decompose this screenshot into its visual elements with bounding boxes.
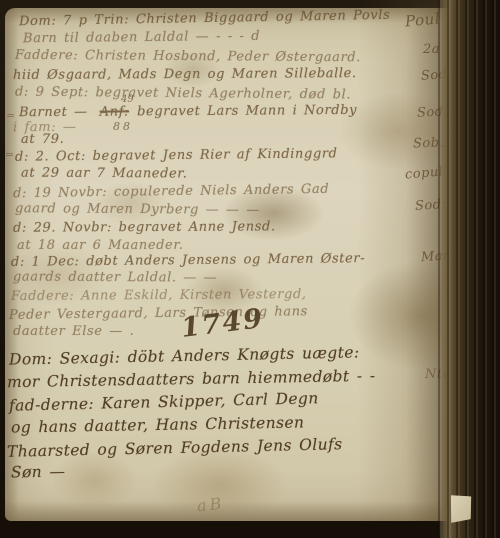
struck-text: Anf: (96, 104, 133, 119)
interlinear-number: 88 (113, 120, 133, 133)
manuscript-line: daatter Else — . (13, 325, 134, 338)
manuscript-line: at 18 aar 6 Maaneder. (17, 239, 183, 252)
manuscript-line: d: 2. Oct: begravet Jens Rier af Kinding… (15, 147, 338, 163)
manuscript-line: gaard og Maren Dyrberg — — — (15, 202, 260, 217)
ink-mark: aB (196, 494, 225, 516)
manuscript-page: Dom: 7 p Trin: Christen Biggaard og Mare… (5, 8, 452, 521)
manuscript-line: d: 9 Sept: begravet Niels Agerholner, dø… (15, 86, 351, 102)
manuscript-line: Faddere: Anne Eskild, Kirsten Vestergd, (11, 288, 307, 303)
manuscript-line: at 79. (21, 133, 64, 146)
manuscript-line: Søn — (11, 465, 66, 481)
line-text: begravet Lars Mann i Nordby (133, 103, 357, 120)
manuscript-line: Thaarsted og Søren Fogdens Jens Olufs (7, 437, 343, 460)
register-page-photo: Dom: 7 p Trin: Christen Biggaard og Mare… (0, 0, 500, 538)
line-text: Barnet — (19, 105, 96, 121)
manuscript-line: gaards daatter Laldal. — — (13, 270, 217, 284)
interlinear-number: 49 (121, 94, 134, 105)
manuscript-line: mor Christensdaatters barn hiemmedøbt - … (7, 369, 376, 391)
manuscript-line: at 29 aar 7 Maaneder. (21, 167, 188, 181)
book-spine (438, 0, 500, 538)
manuscript-line-corrected: Barnet —Anf:begravet Lars Mann i Nordby (19, 104, 357, 119)
left-margin-mark: = (5, 148, 14, 161)
manuscript-line: Faddere: Christen Hosbond, Peder Østerga… (15, 49, 361, 64)
margin-annotation: Poul (404, 10, 440, 31)
manuscript-line: Dom: Sexagi: döbt Anders Knøgts uægte: (9, 345, 360, 368)
manuscript-line: Barn til daaben Laldal — - - - d (23, 30, 260, 45)
manuscript-line: d: 19 Novbr: copulerede Niels Anders Gad (13, 183, 329, 200)
left-margin-mark: = (6, 109, 15, 122)
manuscript-line: fad-derne: Karen Skipper, Carl Degn (9, 391, 319, 414)
manuscript-line: og hans daatter, Hans Christensen (11, 415, 305, 436)
manuscript-line: d: 29. Novbr: begravet Anne Jensd. (13, 220, 276, 234)
manuscript-line: d: 1 Dec: døbt Anders Jensens og Maren Ø… (11, 252, 365, 269)
manuscript-line: Dom: 7 p Trin: Christen Biggaard og Mare… (19, 9, 391, 28)
manuscript-line: hiid Øsgaard, Mads Degn og Maren Silleba… (13, 67, 357, 82)
